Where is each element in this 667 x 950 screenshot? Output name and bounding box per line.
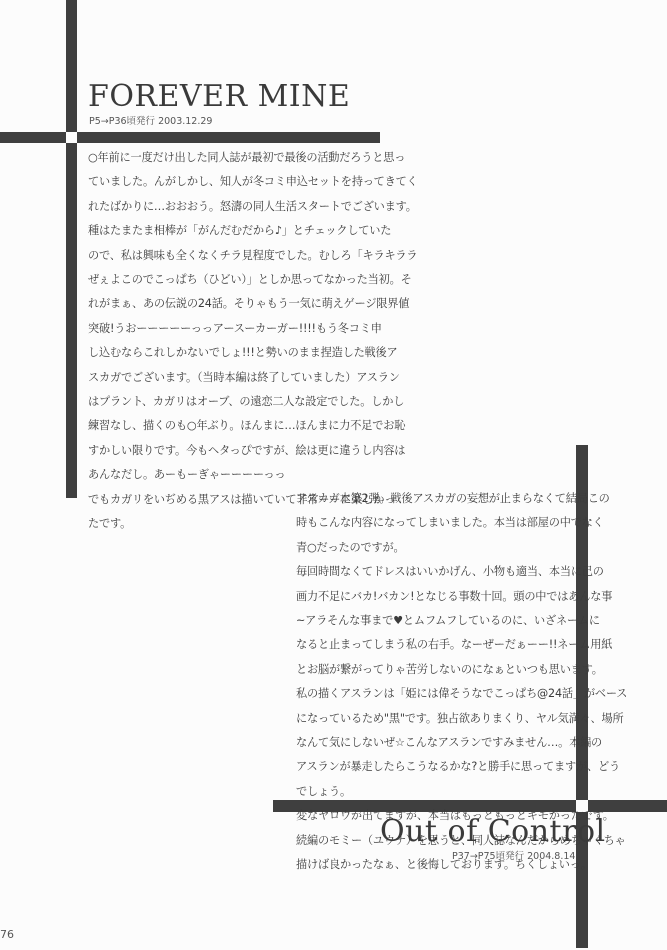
- section1-body: ○年前に一度だけ出した同人誌が最初で最後の活動だろうと思っ ていました。んがしか…: [88, 146, 418, 537]
- text-line: とお脳が繋がってりゃ苦労しないのになぁといつも思います。: [296, 658, 627, 682]
- text-line: れたばかりに…おおおう。怒濤の同人生活スタートでございます。: [88, 195, 418, 219]
- section1-title: FOREVER MINE: [88, 79, 350, 114]
- text-line: 練習なし、描くのも○年ぶり。ほんまに…ほんまに力不足でお恥: [88, 414, 418, 438]
- text-line: し込むならこれしかないでしょ!!!と勢いのまま捏造した戦後ア: [88, 341, 418, 365]
- section2-title: Out of Control: [380, 814, 606, 849]
- text-line: はプラント、カガリはオーブ、の遠恋二人な設定でした。しかし: [88, 390, 418, 414]
- text-line: すかしい限りです。今もヘタっぴですが、絵は更に違うし内容は: [88, 439, 418, 463]
- text-line: 青○だったのですが。: [296, 536, 627, 560]
- text-line: アスランが暴走したらこうなるかな?と勝手に思ってますが、どう: [296, 755, 627, 779]
- top-cross-gap: [66, 132, 77, 143]
- text-line: なんて気にしないぜ☆こんなアスランですみません…。本編の: [296, 731, 627, 755]
- text-line: 毎回時間なくてドレスはいいかげん、小物も適当、本当に己の: [296, 560, 627, 584]
- text-line: 時もこんな内容になってしまいました。本当は部屋の中でなく: [296, 511, 627, 535]
- text-line: 種はたまたま相棒が「がんだむだから♪」とチェックしていた: [88, 219, 418, 243]
- text-line: れがまぁ、あの伝説の24話。そりゃもう一気に萌えゲージ限界値: [88, 292, 418, 316]
- page-number: 76: [0, 928, 14, 941]
- text-line: なると止まってしまう私の右手。なーぜーだぁーー!!ネーム用紙: [296, 633, 627, 657]
- text-line: スカガでございます。（当時本編は終了していました）アスラン: [88, 366, 418, 390]
- text-line: 突破!うおーーーーーっっアースーカーガー!!!!もう冬コミ申: [88, 317, 418, 341]
- text-line: ぜぇよこのでこっぱち（ひどい）」としか思ってなかった当初。そ: [88, 268, 418, 292]
- text-line: アスカガ本第2弾。戦後アスカガの妄想が止まらなくて結局この: [296, 487, 627, 511]
- text-line: になっているため"黒"です。独占欲ありまくり、ヤル気満々、場所: [296, 707, 627, 731]
- text-line: ○年前に一度だけ出した同人誌が最初で最後の活動だろうと思っ: [88, 146, 418, 170]
- text-line: 画力不足にバカ!バカン!となじる事数十回。頭の中ではあんな事: [296, 585, 627, 609]
- left-vertical-bar: [66, 0, 77, 498]
- text-line: ~アラそんな事まで♥とムフムフしているのに、いざネームに: [296, 609, 627, 633]
- section2-subtitle: P37→P75頃発行 2004.8.14: [452, 848, 575, 862]
- text-line: あんなだし。あーもーぎゃーーーーっっ: [88, 463, 418, 487]
- text-line: ていました。んがしかし、知人が冬コミ申込セットを持ってきてく: [88, 170, 418, 194]
- text-line: ので、私は興味も全くなくチラ見程度でした。むしろ「キラキララ: [88, 244, 418, 268]
- text-line: でしょう。: [296, 780, 627, 804]
- text-line: 私の描くアスランは「姫には偉そうなでこっぱち@24話」がベース: [296, 682, 627, 706]
- top-horizontal-bar: [0, 132, 380, 143]
- section1-subtitle: P5→P36頃発行 2003.12.29: [89, 113, 212, 127]
